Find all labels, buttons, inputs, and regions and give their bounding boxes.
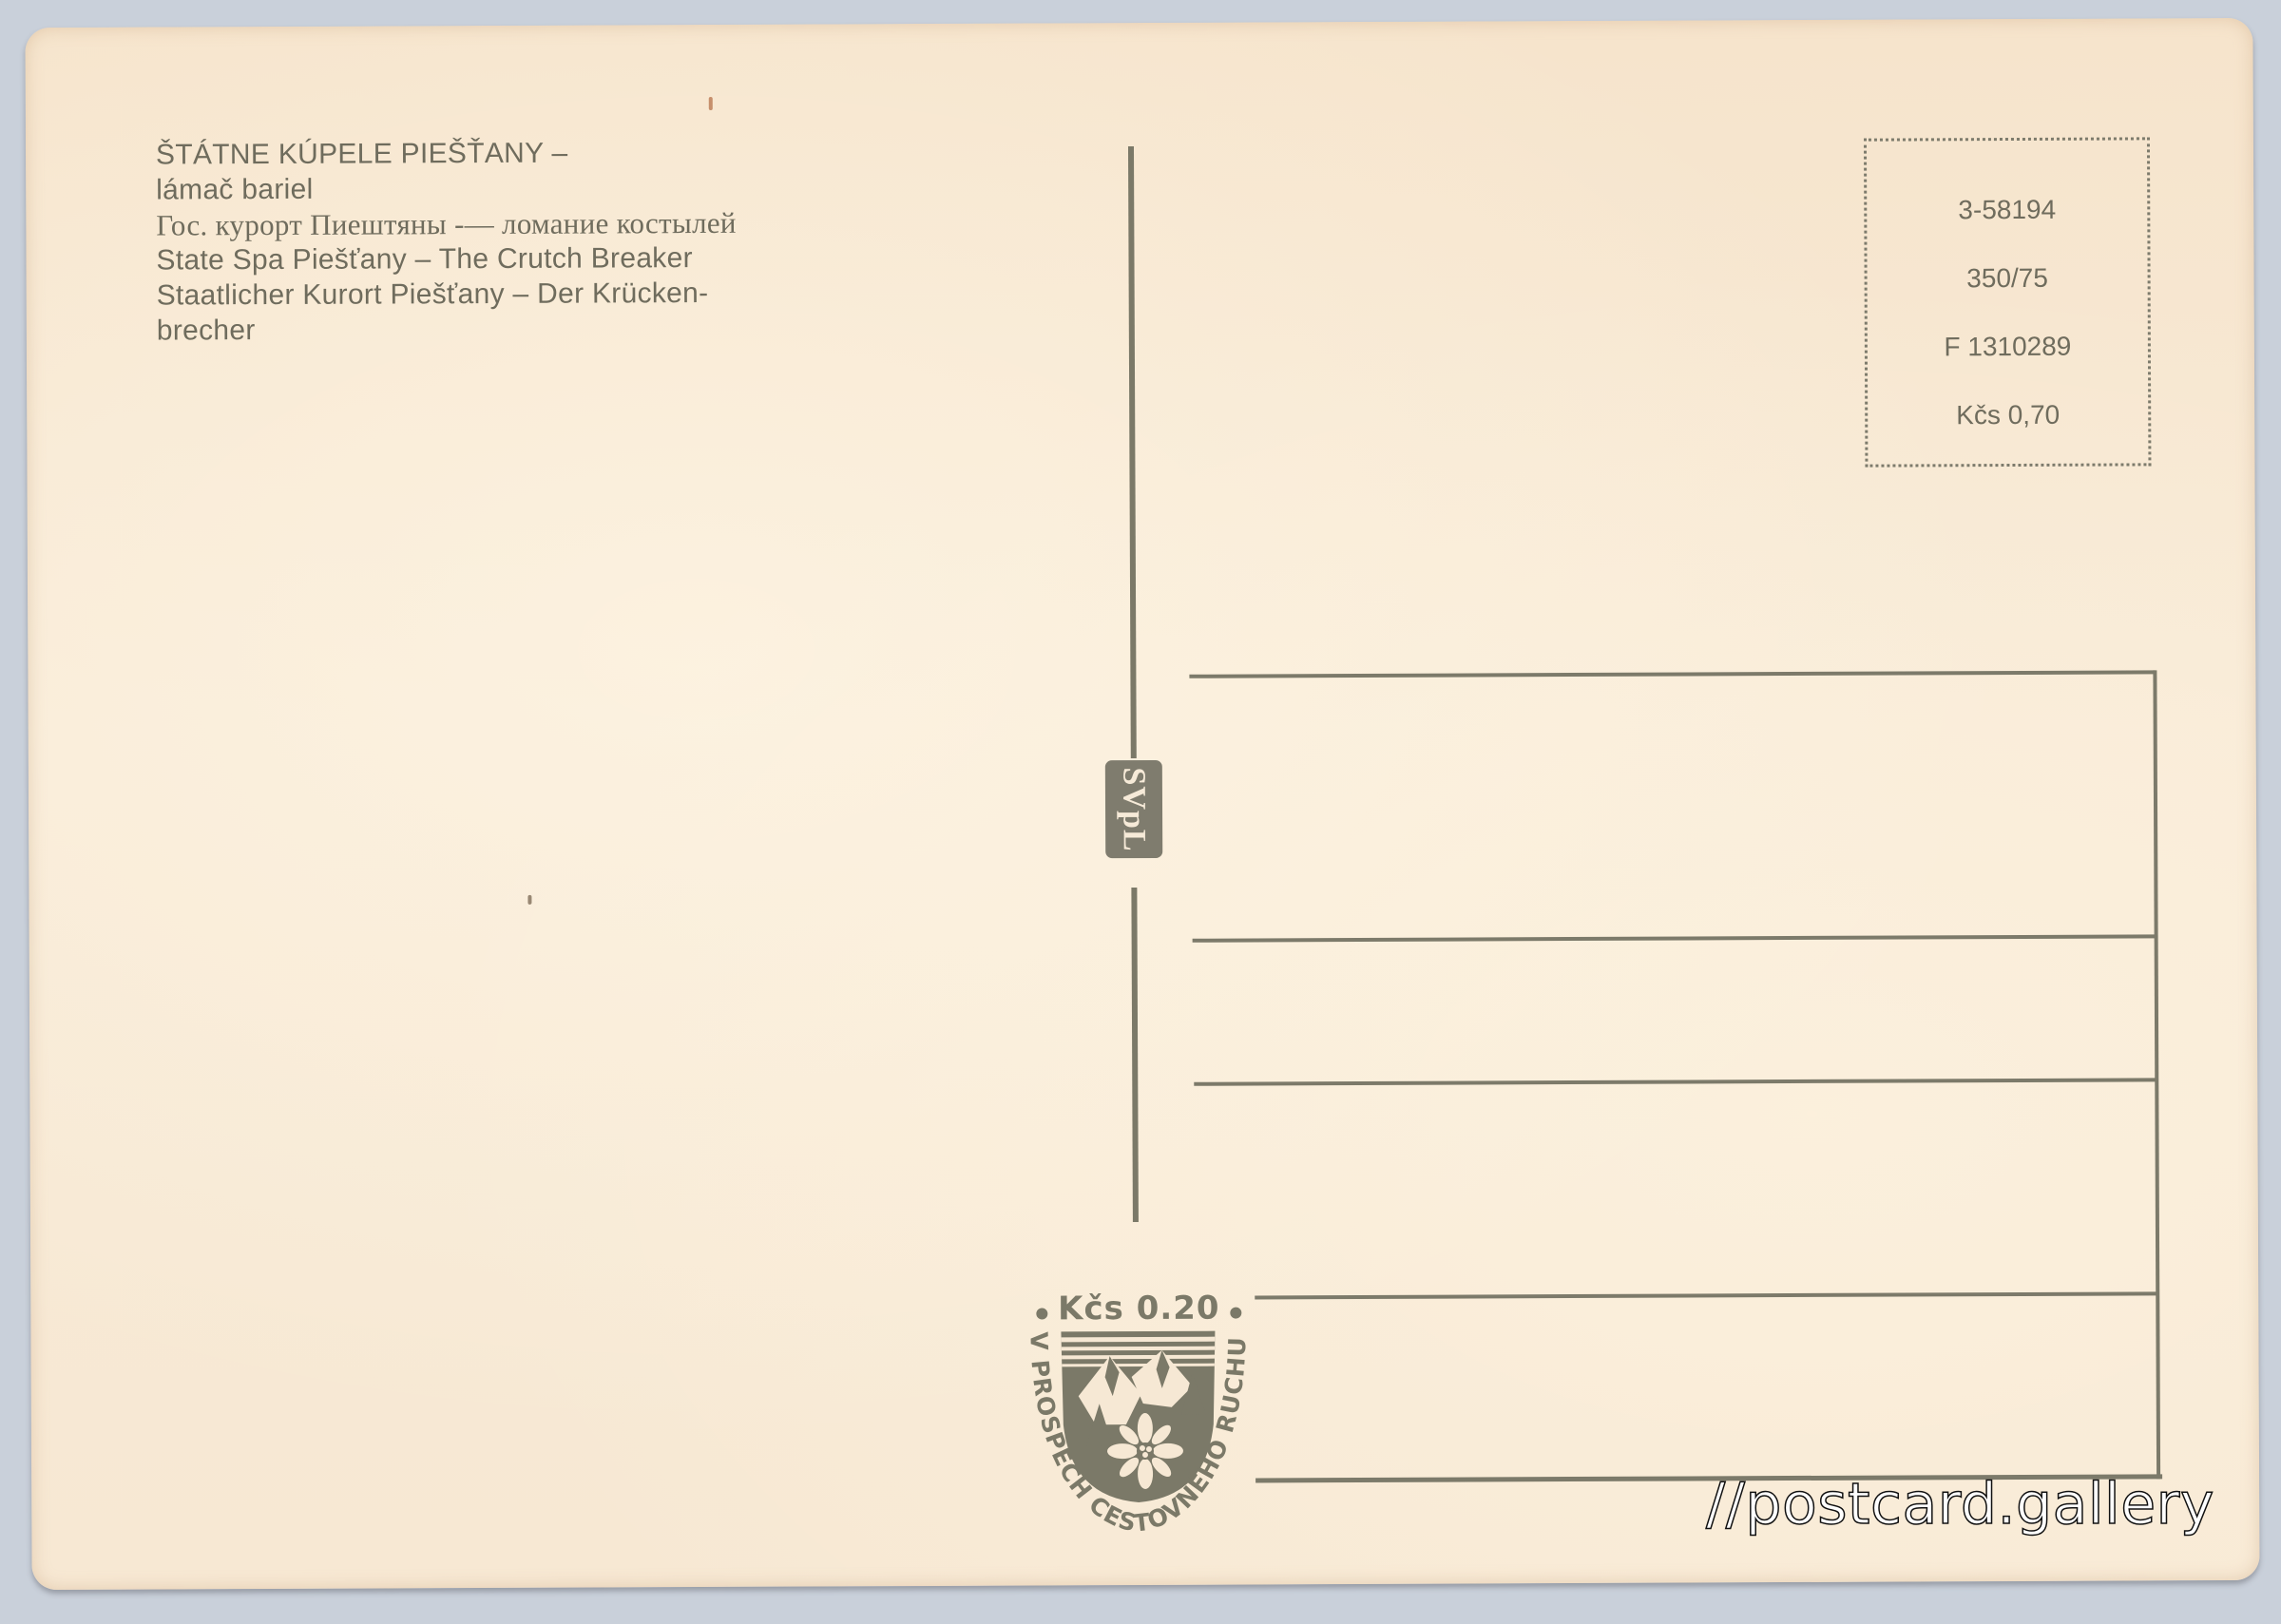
caption-subtitle-slovak: lámač bariel	[156, 170, 737, 208]
caption-german-cont: brecher	[157, 311, 738, 349]
publisher-logo-icon: SVpL	[1105, 760, 1162, 858]
address-line-3	[1194, 1078, 2156, 1085]
address-line-1	[1189, 670, 2155, 678]
caption-english: State Spa Piešťany – The Crutch Breaker	[156, 240, 737, 278]
caption-block: ŠTÁTNE KÚPELE PIEŠŤANY – lámač bariel Го…	[156, 135, 737, 349]
paper-fleck	[709, 97, 713, 110]
postcard-back: ŠTÁTNE KÚPELE PIEŠŤANY – lámač bariel Го…	[25, 18, 2259, 1590]
divider-bottom-segment	[1131, 888, 1139, 1222]
address-line-2	[1193, 934, 2156, 942]
emblem-arc-text-path: V PROSPECH CESTOVNÉHO RUCHU	[1013, 1281, 1261, 1548]
publisher-logo-text: SVpL	[1116, 767, 1152, 851]
watermark: //postcard.gallery	[1706, 1471, 2214, 1538]
address-line-4	[1255, 1291, 2157, 1299]
paper-fleck	[527, 895, 531, 905]
stamp-print-code: 350/75	[1867, 243, 2147, 313]
caption-german: Staatlicher Kurort Piešťany – Der Krücke…	[157, 276, 738, 314]
svg-text:V PROSPECH CESTOVNÉHO RUCHU: V PROSPECH CESTOVNÉHO RUCHU	[1025, 1330, 1252, 1538]
stamp-catalog-number: 3-58194	[1867, 175, 2147, 244]
caption-title-slovak: ŠTÁTNE KÚPELE PIEŠŤANY –	[156, 135, 737, 173]
address-block-right-edge	[2153, 670, 2160, 1479]
center-divider	[1128, 146, 1139, 1222]
stamp-price: Kčs 0,70	[1868, 380, 2148, 449]
tourism-emblem: Kčs 0.20 V PROSPECH CESTOVNÉHO RUCHU V P…	[1019, 1281, 1257, 1519]
stamp-f-number: F 1310289	[1868, 312, 2148, 381]
divider-top-segment	[1128, 146, 1137, 758]
caption-russian: Гос. курорт Пиештяны -— ломание костылей	[156, 205, 737, 243]
stamp-box: 3-58194 350/75 F 1310289 Kčs 0,70	[1864, 137, 2152, 467]
